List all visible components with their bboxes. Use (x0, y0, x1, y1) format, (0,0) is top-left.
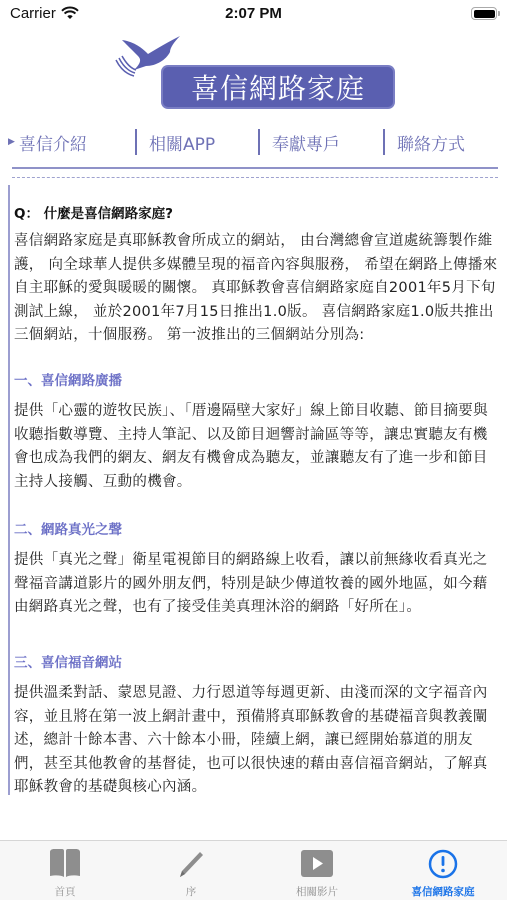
menu-item-label: 聯絡方式 (397, 130, 465, 155)
menu-item-label: 喜信介紹 (19, 130, 87, 155)
menu-item-contact[interactable]: 聯絡方式 (383, 128, 465, 156)
tab-home[interactable]: 首頁 (2, 841, 128, 900)
section-body-gospel-site: 提供溫柔對話、蒙恩見證、力行恩道等每週更新、由淺而深的文字福音內容，並且將在第一… (14, 682, 500, 800)
top-menu: ▶ 喜信介紹 相關APP 奉獻專戶 聯絡方式 (0, 128, 507, 158)
status-bar: Carrier 2:07 PM (0, 0, 507, 30)
menu-separator (258, 129, 260, 155)
tab-preface[interactable]: 序 (128, 841, 254, 900)
play-video-icon (300, 849, 334, 879)
tab-videos[interactable]: 相關影片 (254, 841, 380, 900)
tab-label: 序 (128, 884, 254, 899)
pencil-icon (174, 849, 208, 879)
site-logo: 喜信網路家庭 (108, 30, 398, 110)
section-heading-broadcast: 一、喜信網路廣播 (14, 369, 122, 389)
battery-full-icon (471, 7, 497, 20)
tab-gospel-family[interactable]: 喜信網路家庭 (380, 841, 506, 900)
menu-divider-solid (12, 167, 498, 169)
menu-item-related-app[interactable]: 相關APP (135, 128, 215, 156)
intro-paragraph: 喜信網路家庭是真耶穌教會所成立的網站， 由台灣總會宣道處統籌製作維護， 向全球華… (14, 230, 500, 348)
tab-bar: 首頁 序 相關影片 喜信網路家庭 (0, 840, 507, 900)
logo-banner: 喜信網路家庭 (163, 67, 393, 107)
menu-divider-dashed (12, 177, 498, 178)
menu-separator (135, 129, 137, 155)
logo-title: 喜信網路家庭 (191, 67, 365, 107)
menu-item-label: 奉獻專戶 (272, 130, 340, 155)
section-body-broadcast: 提供「心靈的遊牧民族」、「厝邊隔壁大家好」線上節目收聽、節目摘要與收聽指數導覽、… (14, 400, 500, 494)
menu-item-label: 相關APP (149, 130, 215, 155)
question-title: Q： 什麼是喜信網路家庭? (14, 202, 173, 222)
tab-label: 首頁 (2, 884, 128, 899)
triangle-right-icon: ▶ (8, 137, 15, 147)
info-exclamation-icon (426, 849, 460, 879)
section-heading-gospel-site: 三、喜信福音網站 (14, 651, 122, 671)
section-heading-true-light: 二、網路真光之聲 (14, 518, 122, 538)
book-icon (48, 849, 82, 879)
tab-label: 喜信網路家庭 (380, 884, 506, 899)
article-content: Q： 什麼是喜信網路家庭? 喜信網路家庭是真耶穌教會所成立的網站， 由台灣總會宣… (8, 185, 500, 795)
tab-label: 相關影片 (254, 884, 380, 899)
section-body-true-light: 提供「真光之聲」衛星電視節目的網路線上收看，讓以前無緣收看真光之聲福音講道影片的… (14, 549, 500, 620)
menu-item-donation[interactable]: 奉獻專戶 (258, 128, 340, 156)
menu-separator (383, 129, 385, 155)
clock: 2:07 PM (0, 5, 507, 22)
menu-item-intro[interactable]: ▶ 喜信介紹 (8, 128, 87, 156)
